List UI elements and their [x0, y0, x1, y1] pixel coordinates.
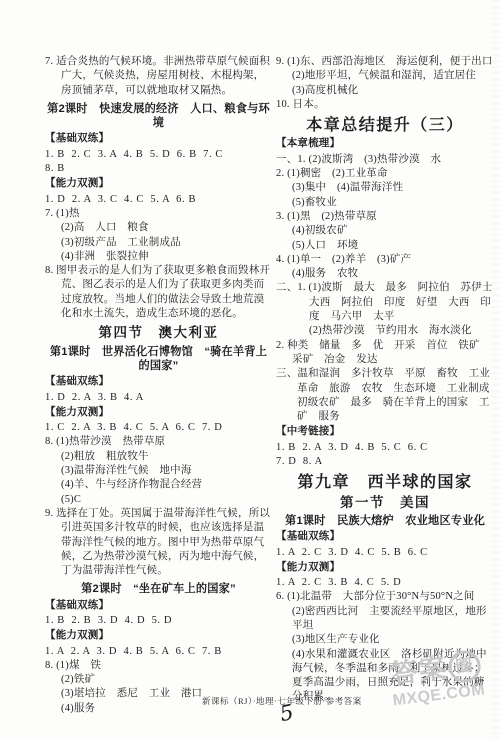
answer-subitem: (4)羊、牛与经济作物混合经营	[45, 478, 272, 492]
answer-item: 7. (1)热	[45, 207, 272, 221]
answer-subitem: (2)高 人口 粮食	[45, 221, 272, 235]
block-label: 【基础双练】	[276, 530, 494, 544]
answer-key-line: 1. B 2. A 3. D 4. B 5. C 6. C	[276, 441, 494, 455]
answer-subitem: (4)初级农矿	[276, 224, 494, 238]
answer-item: 6. (1)北温带 大部分位于30°N与50°N之间	[276, 590, 494, 604]
answer-item: 9. (1)东、西部沿海地区 海运便利，便于出口	[276, 55, 494, 69]
answer-item: 10. 日本。	[276, 98, 494, 112]
answer-subitem: (3)地区生产专业化	[276, 633, 494, 647]
lesson-heading: 第2课时 “坐在矿车上的国家”	[45, 582, 272, 596]
section-heading: 第四节 澳大利亚	[45, 326, 272, 340]
answer-key-line: 8. B	[45, 162, 272, 176]
answer-subitem: (5)畜牧业	[276, 196, 494, 210]
answer-subitem: (2)铁矿	[45, 673, 272, 687]
answer-item: 8. (1)热带沙漠 热带草原	[45, 435, 272, 449]
lesson-heading: 第1课时 世界活化石博物馆 “骑在羊背上的国家”	[45, 345, 272, 374]
answer-key-line: 1. D 2. A 3. C 4. C 5. A 6. B	[45, 193, 272, 207]
answer-item: 二、1. (1)波斯 最大 最多 阿拉伯 苏伊士 大西 阿拉伯 印度 好望 大西…	[276, 281, 494, 324]
answer-item: 一、1. (2)波斯湾 (3)热带沙漠 水	[276, 153, 494, 167]
block-label: 【中考链接】	[276, 425, 494, 439]
block-label: 【能力双测】	[45, 629, 272, 643]
answer-subitem: (3)高度机械化	[276, 84, 494, 98]
answer-subitem: (3)集中 (4)温带海洋性	[276, 181, 494, 195]
answer-key-line: 1. B 2. C 3. A 4. B 5. D 6. B 7. C	[45, 148, 272, 162]
answer-key-line: 1. A 2. C 3. D 4. C 5. B 6. C	[276, 546, 494, 560]
answer-subitem: (4)服务 农牧	[276, 267, 494, 281]
answer-subitem: (5)C	[45, 493, 272, 507]
scanned-answer-page: 7. 适合炎热的气候环境。非洲热带草原气候面积广大，气候炎热，房屋用树枝、木棍构…	[0, 0, 500, 739]
answer-key-line: 1. A 2. C 3. B 4. C 5. D	[276, 576, 494, 590]
block-label: 【本章梳理】	[276, 137, 494, 151]
answer-key-line: 1. C 2. A 3. B 4. C 5. A 6. C 7. D	[45, 421, 272, 435]
left-column: 7. 适合炎热的气候环境。非洲热带草原气候面积广大，气候炎热，房屋用树枝、木棍构…	[45, 55, 272, 716]
answer-item: 8. (1)煤 铁	[45, 659, 272, 673]
answer-key-line: 1. D 2. A 3. B 4. A	[45, 391, 272, 405]
answer-subitem: (3)初级产品 工业制成品	[45, 236, 272, 250]
block-label: 【能力双测】	[276, 561, 494, 575]
answer-item: 2. (1)稠密 (2)工业革命	[276, 167, 494, 181]
lesson-heading: 第1课时 民族大熔炉 农业地区专业化	[276, 514, 494, 528]
block-label: 【基础双练】	[45, 375, 272, 389]
lesson-heading: 第2课时 快速发展的经济 人口、粮食与环境	[45, 102, 272, 131]
answer-item: 3. (1)黑 (2)热带草原	[276, 210, 494, 224]
answer-item: 7. 适合炎热的气候环境。非洲热带草原气候面积广大，气候炎热，房屋用树枝、木棍构…	[45, 55, 272, 98]
answer-subitem: (2)地形平坦，气候温和湿润，适宜居住	[276, 69, 494, 83]
answer-item: 三、温和湿润 多汁牧草 平原 畜牧 工业革命 旅游 农牧 生态环境 工业制成 初…	[276, 367, 494, 424]
answer-key-line: 1. B 2. B 3. D 4. D 5. D	[45, 614, 272, 628]
block-label: 【基础双练】	[45, 132, 272, 146]
answer-item: 4. (1)单一 (2)养羊 (3)矿产	[276, 253, 494, 267]
chapter-heading: 第九章 西半球的国家	[276, 476, 494, 490]
answer-subitem: (3)温带海洋性气候 地中海	[45, 464, 272, 478]
answer-subitem: (4)非洲 张裂拉伸	[45, 250, 272, 264]
block-label: 【能力双测】	[45, 406, 272, 420]
answer-item: 2. 种类 储量 多 优 开采 首位 铁矿 采矿 冶金 发达	[276, 339, 494, 368]
chapter-heading: 本章总结提升（三）	[276, 119, 494, 133]
block-label: 【基础双练】	[45, 599, 272, 613]
answer-item: 9. 选择在丁处。英国属于温带海洋性气候，所以引进英国多汁牧草的时候，也应该选择…	[45, 507, 272, 578]
section-heading: 第一节 美国	[276, 496, 494, 510]
block-label: 【能力双测】	[45, 177, 272, 191]
answer-key-line: 1. A 2. A 3. D 4. B 5. A 6. C 7. B	[45, 645, 272, 659]
answer-key-line: 7. D 8. A	[276, 455, 494, 469]
answer-item: 8. 图甲表示的是人们为了获取更多粮食而毁林开荒、图乙表示的是人们为了获取更多肉…	[45, 264, 272, 321]
answer-subitem: (5)人口 环境	[276, 239, 494, 253]
answer-subitem: (2)热带沙漠 节约用水 海水淡化	[276, 324, 494, 338]
answer-subitem: (2)粗放 粗放牧牛	[45, 450, 272, 464]
right-column: 9. (1)东、西部沿海地区 海运便利，便于出口(2)地形平坦，气候温和湿润，适…	[276, 55, 494, 705]
answer-subitem: (2)密西西比河 主要流经平原地区，地形平坦	[276, 605, 494, 634]
